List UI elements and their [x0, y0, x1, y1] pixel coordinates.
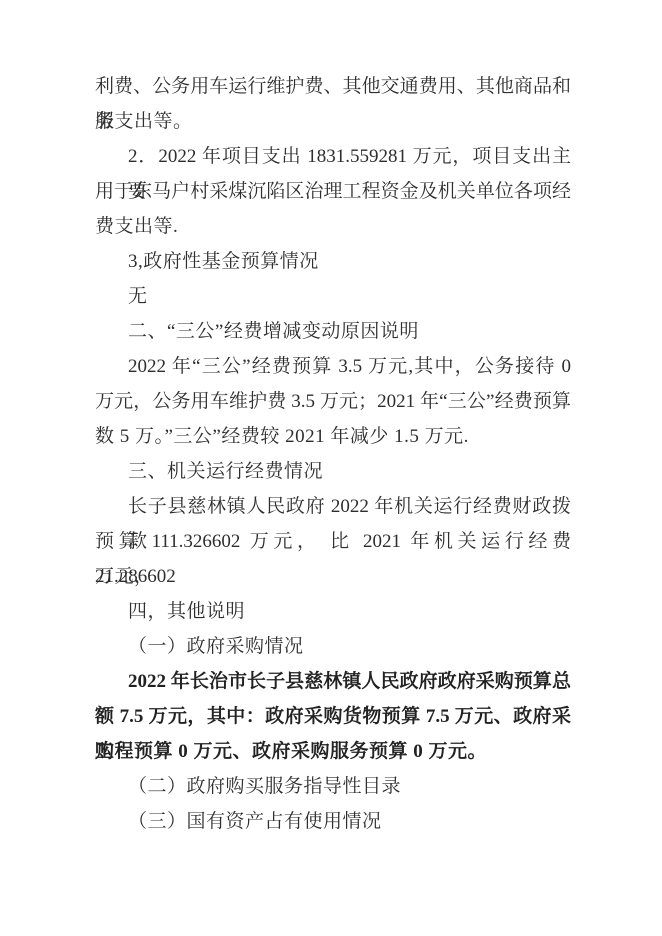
text-line: 额 7.5 万元，其中：政府采购货物预算 7.5 万元、政府采购: [95, 699, 571, 734]
text-line: 预算 111.326602 万元， 比 2021 年机关运行经费 21.2866…: [95, 524, 571, 559]
text-line: 数 5 万。”三公”经费较 2021 年减少 1.5 万元.: [95, 419, 571, 454]
text-line: 长子县慈林镇人民政府 2022 年机关运行经费财政拨款: [95, 489, 571, 524]
text-line: 工程预算 0 万元、政府采购服务预算 0 万元。: [95, 734, 571, 769]
text-line: 务支出等。: [95, 104, 571, 139]
text-line: 2．2022 年项目支出 1831.559281 万元，项目支出主要: [95, 139, 571, 174]
text-line: （一）政府采购情况: [95, 629, 571, 664]
text-line: 用于东马户村采煤沉陷区治理工程资金及机关单位各项经: [95, 174, 571, 209]
text-line: 三、机关运行经费情况: [95, 454, 571, 489]
text-line: 四，其他说明: [95, 594, 571, 629]
document-body: 利费、公务用车运行维护费、其他交通费用、其他商品和服务支出等。2．2022 年项…: [95, 69, 571, 839]
text-line: 无: [95, 279, 571, 314]
text-line: 费支出等.: [95, 209, 571, 244]
text-line: （三）国有资产占有使用情况: [95, 804, 571, 839]
document-page: 利费、公务用车运行维护费、其他交通费用、其他商品和服务支出等。2．2022 年项…: [0, 0, 662, 936]
text-line: 2022 年“三公”经费预算 3.5 万元,其中，公务接待 0: [95, 349, 571, 384]
text-line: 2022 年长治市长子县慈林镇人民政府政府采购预算总: [95, 664, 571, 699]
text-line: （二）政府购买服务指导性目录: [95, 769, 571, 804]
text-line: 二、“三公”经费增减变动原因说明: [95, 314, 571, 349]
text-line: 利费、公务用车运行维护费、其他交通费用、其他商品和服: [95, 69, 571, 104]
text-line: 万元，公务用车维护费 3.5 万元；2021 年“三公”经费预算: [95, 384, 571, 419]
text-line: 3,政府性基金预算情况: [95, 244, 571, 279]
